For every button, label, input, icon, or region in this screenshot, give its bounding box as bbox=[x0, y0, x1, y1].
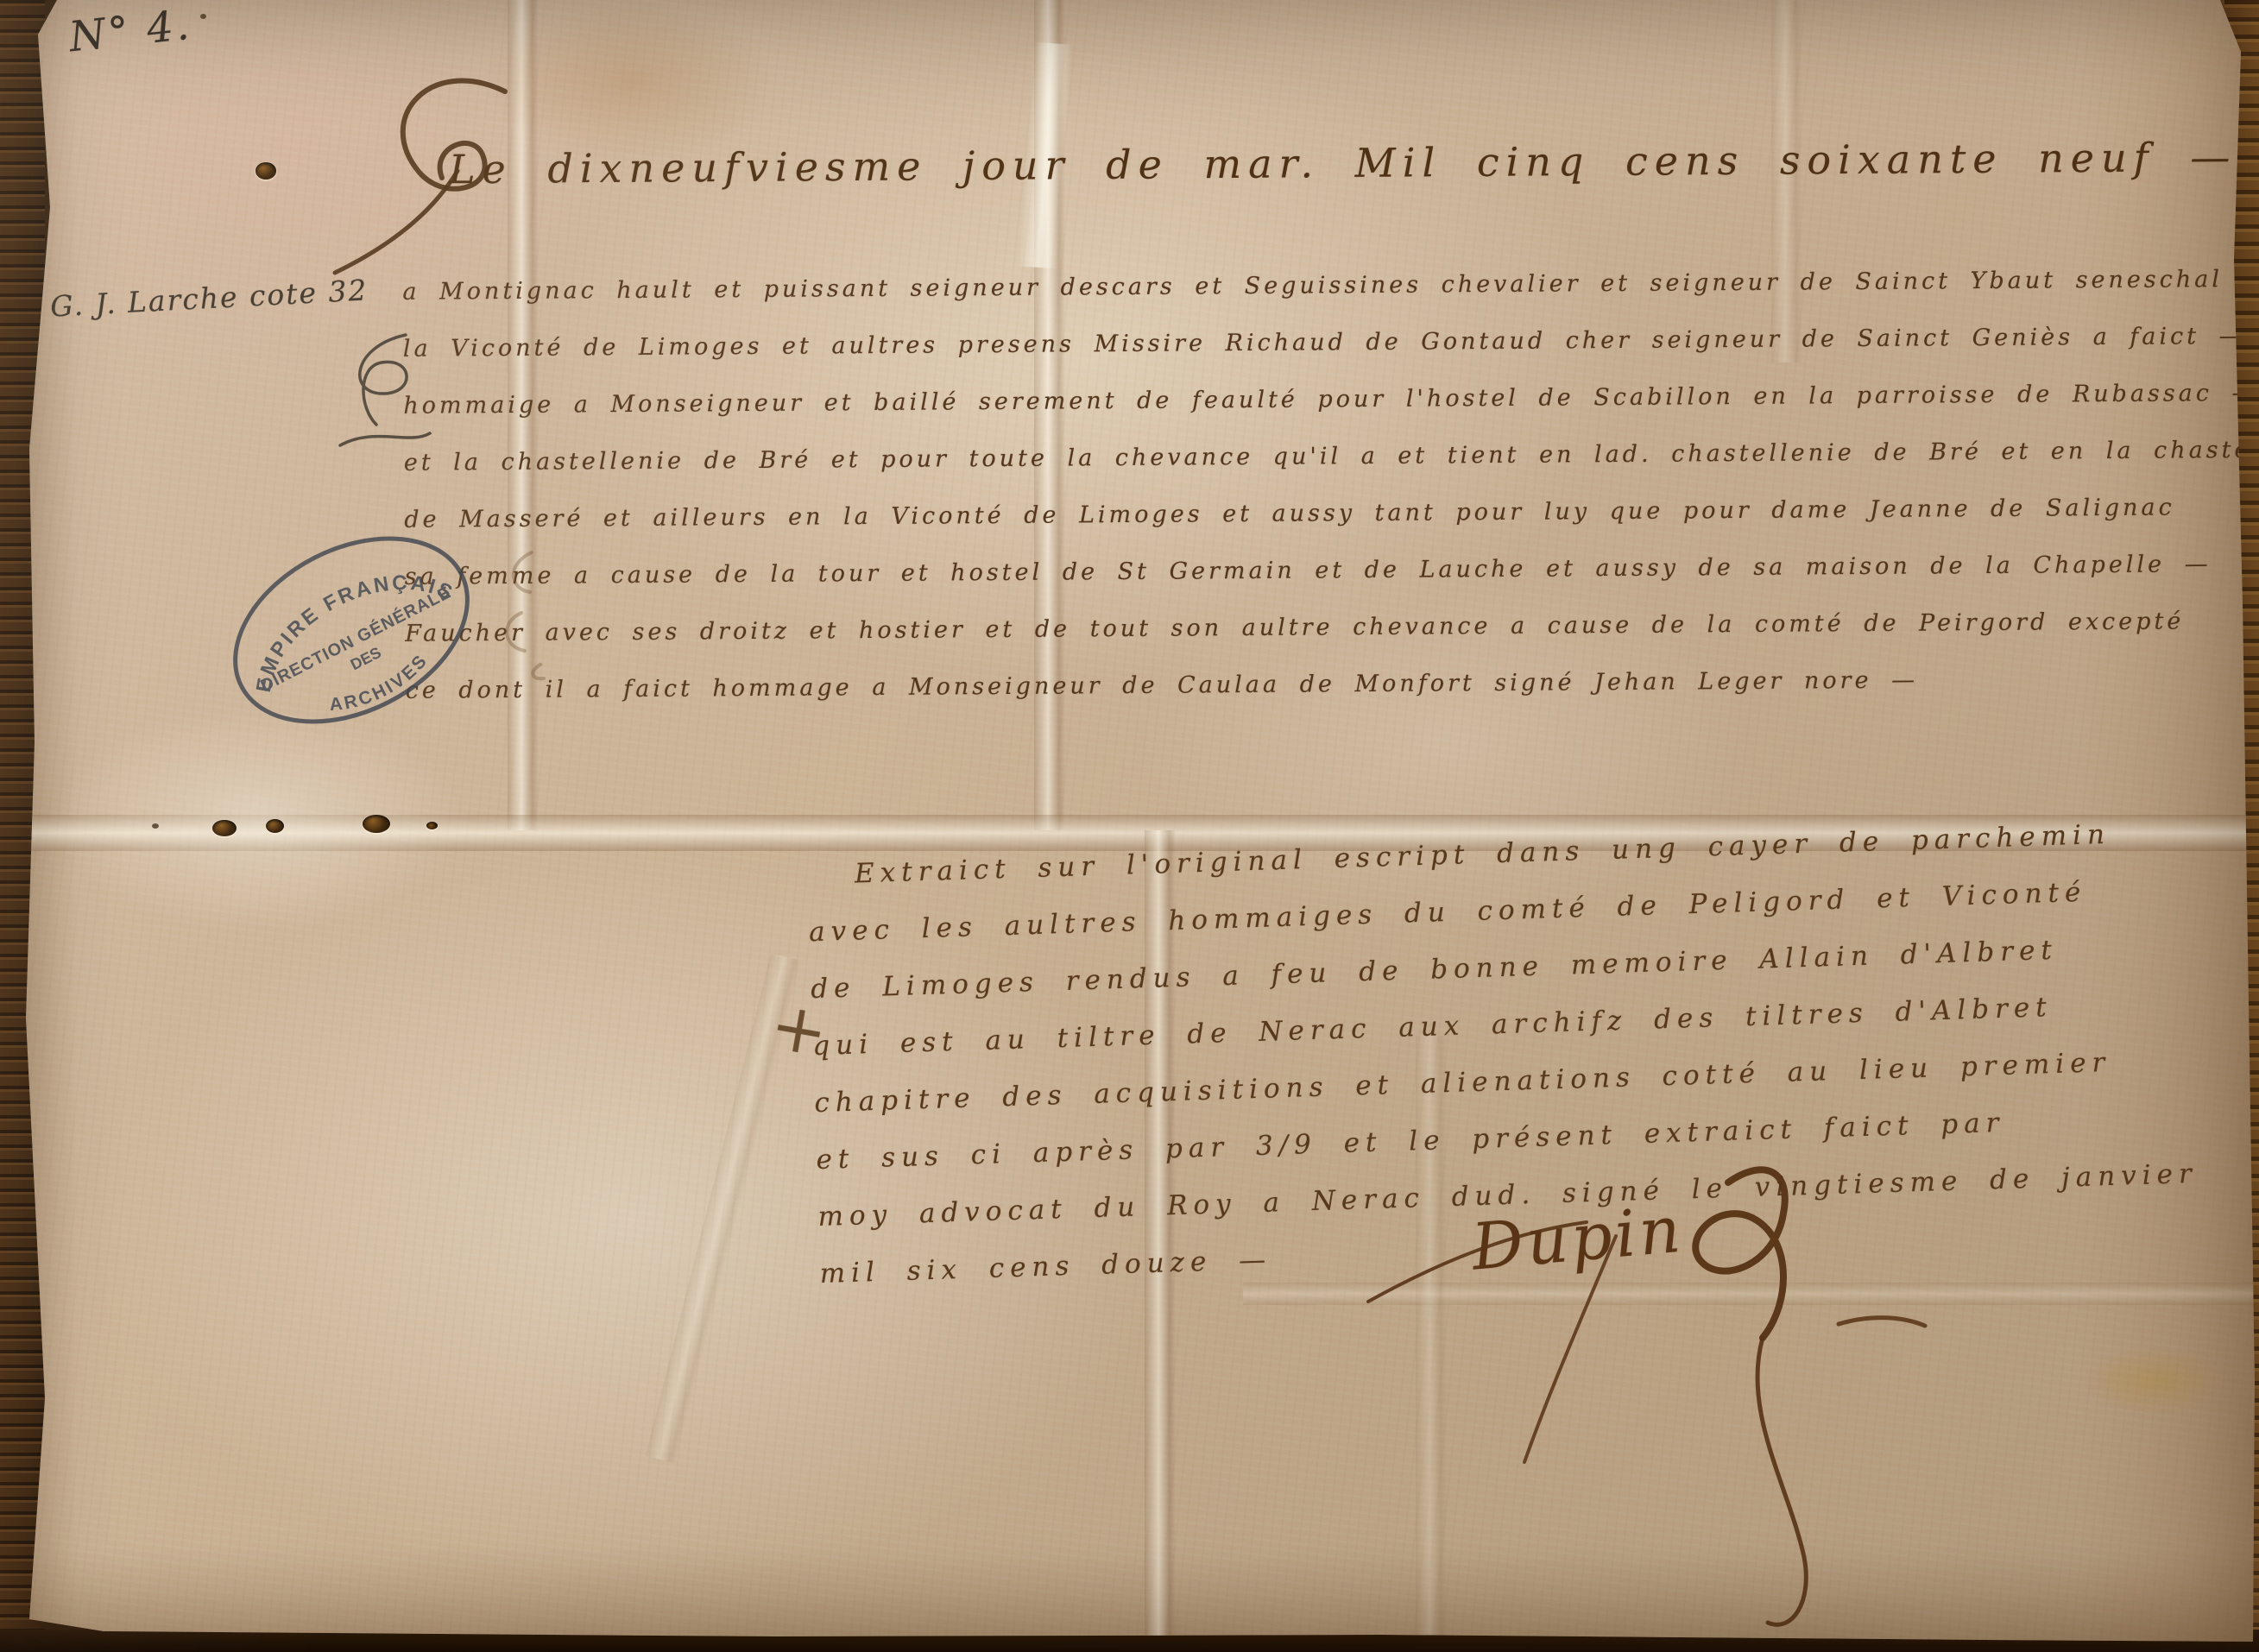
signature-flourish bbox=[1355, 1153, 1977, 1649]
fold-hole bbox=[212, 820, 237, 836]
ink-fleck bbox=[200, 14, 206, 19]
fold-hole bbox=[363, 815, 390, 833]
parchment-sheet: N° 4. G. J. Larche cote 32 Le dixneufvie… bbox=[0, 0, 2259, 1652]
worm-hole bbox=[256, 162, 276, 180]
fold-hole bbox=[426, 822, 438, 829]
ink-bleedthrough-marks bbox=[480, 544, 558, 682]
photo-of-manuscript: N° 4. G. J. Larche cote 32 Le dixneufvie… bbox=[0, 0, 2259, 1652]
stain-top bbox=[483, 0, 777, 164]
fold-hole bbox=[266, 819, 284, 833]
stain-yellow-right bbox=[2080, 1346, 2227, 1416]
homage-paragraph: a Montignac hault et puissant seigneur d… bbox=[402, 250, 2259, 720]
ink-fleck bbox=[152, 823, 159, 829]
